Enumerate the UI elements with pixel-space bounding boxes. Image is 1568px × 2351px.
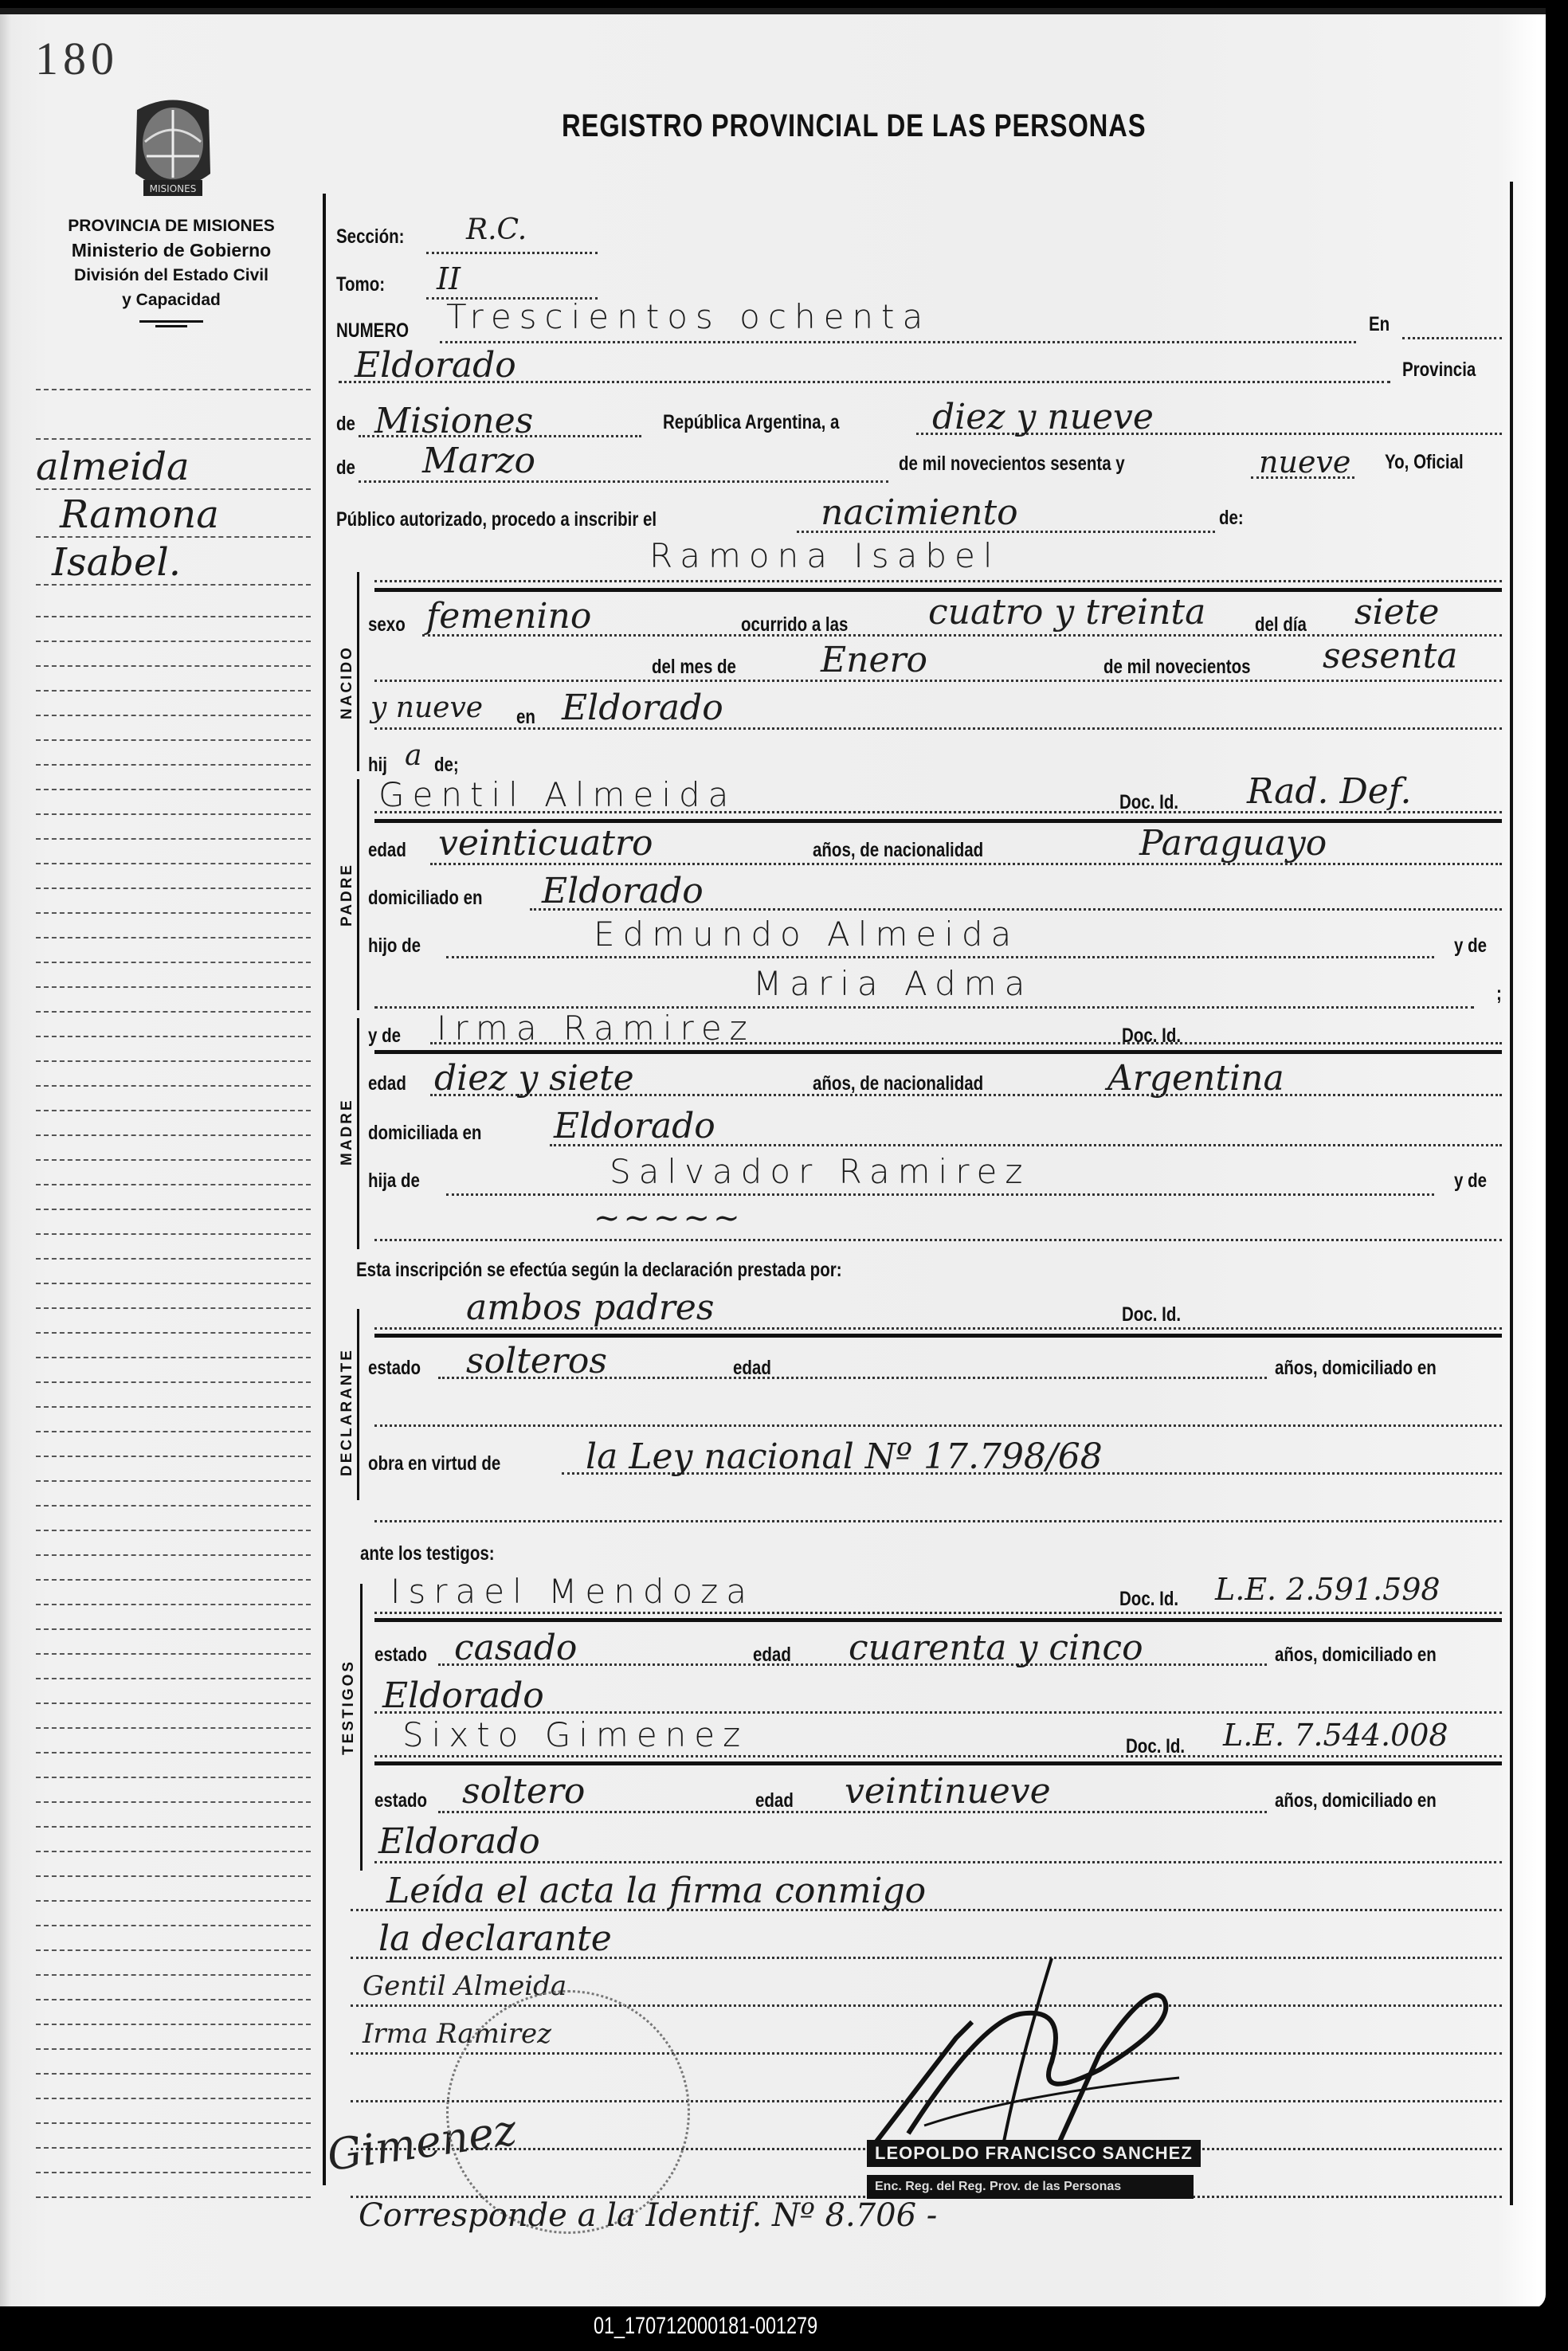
margin-line <box>36 1110 311 1111</box>
margin-line <box>36 888 311 889</box>
padre-padre-nombre: Edmundo Almeida <box>594 915 1019 954</box>
margin-line <box>36 1036 311 1037</box>
nacido-nombre: Ramona Isabel <box>649 536 1001 575</box>
margin-line <box>36 1875 311 1877</box>
madre-nac-label: años, de nacionalidad <box>813 1072 983 1095</box>
hora-value: cuatro y treinta <box>928 592 1205 633</box>
de-label: de <box>336 456 355 480</box>
margin-line <box>36 1678 311 1679</box>
margin-line <box>36 690 311 692</box>
section-rule <box>374 1050 1502 1054</box>
margin-middle-name: Isabel. <box>52 540 181 585</box>
margin-line <box>36 2122 311 2124</box>
registration-year: nueve <box>1259 445 1350 480</box>
section-rule <box>374 1761 1502 1765</box>
field-line <box>374 1424 1502 1427</box>
padre-edad-label: edad <box>368 839 406 862</box>
margin-line <box>36 1456 311 1457</box>
de-label: de; <box>434 754 459 777</box>
madre-doc-label: Doc. Id. <box>1122 1025 1181 1048</box>
dia-value: siete <box>1354 592 1439 633</box>
margin-line <box>36 1925 311 1926</box>
margin-line <box>36 438 311 440</box>
margin-line <box>36 1480 311 1482</box>
field-line <box>374 580 1502 582</box>
field-line <box>426 252 598 254</box>
section-rule <box>374 1334 1502 1338</box>
declarante-estado-label: estado <box>368 1357 421 1380</box>
margin-line <box>36 1628 311 1630</box>
semicolon: ; <box>1496 982 1502 1005</box>
margin-line <box>36 1727 311 1729</box>
margin-line <box>36 641 311 642</box>
hij-suffix: a <box>405 739 421 772</box>
svg-text:MISIONES: MISIONES <box>150 183 197 194</box>
mes-value: Enero <box>821 640 927 680</box>
margin-line <box>36 2196 311 2198</box>
provincia-label: Provincia <box>1402 359 1476 382</box>
madre-padre-nombre: Salvador Ramirez <box>610 1152 1030 1191</box>
document-title: REGISTRO PROVINCIAL DE LAS PERSONAS <box>562 108 1146 144</box>
madre-nacionalidad: Argentina <box>1107 1058 1284 1099</box>
margin-line <box>36 1381 311 1383</box>
margin-line <box>36 2048 311 2050</box>
testigos-intro: ante los testigos: <box>360 1542 495 1565</box>
testigos-bracket <box>360 1584 363 1871</box>
margin-line <box>36 1134 311 1136</box>
testigo1-domicilio: Eldorado <box>382 1675 544 1716</box>
testigo2-nombre: Sixto Gimenez <box>402 1715 748 1754</box>
field-line <box>374 1612 1502 1614</box>
margin-line <box>36 1159 311 1161</box>
margin-line <box>36 1233 311 1235</box>
testigo1-dom-label: años, domiciliado en <box>1275 1644 1437 1667</box>
anio-nac-label: de mil novecientos <box>1103 656 1251 679</box>
margin-first-name: Ramona <box>60 492 219 537</box>
field-line <box>374 1861 1502 1863</box>
de-colon-label: de: <box>1219 507 1244 530</box>
padre-domicilio: Eldorado <box>542 871 704 911</box>
madre-yde2-label: y de <box>1454 1170 1487 1193</box>
field-line <box>374 727 1502 730</box>
officer-signature-icon <box>860 1942 1339 2149</box>
margin-line <box>36 1258 311 1260</box>
section-label-declarante: DECLARANTE <box>339 1348 356 1476</box>
margin-line <box>36 1011 311 1013</box>
testigo1-doc-label: Doc. Id. <box>1119 1588 1178 1611</box>
field-line <box>1402 337 1502 339</box>
obra-label: obra en virtud de <box>368 1452 500 1475</box>
agency-division: División del Estado Civil <box>16 263 327 288</box>
margin-line <box>36 616 311 617</box>
declarante-intro: Esta inscripción se efectúa según la dec… <box>356 1259 842 1282</box>
registration-day: diez y nueve <box>932 397 1154 437</box>
field-line <box>446 956 1434 958</box>
padre-nombre: Gentil Almeida <box>378 775 736 814</box>
cierre-linea2: la declarante <box>378 1918 612 1959</box>
declarante-dom-label: años, domiciliado en <box>1275 1357 1437 1380</box>
margin-line <box>36 1974 311 1976</box>
declarante-nombre: ambos padres <box>466 1287 714 1328</box>
anio-label: de mil novecientos sesenta y <box>899 453 1125 476</box>
margin-line <box>36 665 311 667</box>
field-line <box>374 1239 1502 1241</box>
margin-line <box>36 962 311 963</box>
numero-label: NUMERO <box>336 319 409 343</box>
padre-yde-label: y de <box>1454 935 1487 958</box>
margin-line <box>36 1752 311 1753</box>
padre-dom-label: domiciliado en <box>368 887 483 910</box>
margin-line <box>36 1826 311 1828</box>
testigo1-edad: cuarenta y cinco <box>849 1628 1143 1668</box>
margin-line <box>36 1085 311 1087</box>
margin-line <box>36 1307 311 1309</box>
tomo-label: Tomo: <box>336 273 385 296</box>
field-line <box>440 341 1356 343</box>
declarante-doc-label: Doc. Id. <box>1122 1303 1181 1326</box>
madre-dom-label: domiciliada en <box>368 1122 481 1145</box>
agency-capacity: y Capacidad <box>16 288 327 312</box>
margin-line <box>36 1060 311 1062</box>
act-type-value: nacimiento <box>821 492 1018 533</box>
section-label-madre: MADRE <box>339 1098 356 1166</box>
numero-value: Trescientos ochenta <box>446 297 931 336</box>
padre-madre-nombre: Maria Adma <box>753 964 1033 1003</box>
padre-nac-label: años, de nacionalidad <box>813 839 983 862</box>
margin-line <box>36 1579 311 1581</box>
testigo2-doc-label: Doc. Id. <box>1126 1735 1185 1758</box>
padre-doc-label: Doc. Id. <box>1119 791 1178 814</box>
madre-madre-nombre: ~~~~~ <box>594 1200 743 1236</box>
oficial-label: Yo, Oficial <box>1385 451 1464 474</box>
margin-line <box>36 1900 311 1902</box>
padre-doc-value: Rad. Def. <box>1247 771 1412 812</box>
officer-stamp-title: Enc. Reg. del Reg. Prov. de las Personas <box>867 2175 1194 2199</box>
margin-line <box>36 1283 311 1284</box>
testigo2-domicilio: Eldorado <box>378 1821 540 1862</box>
agency-province: PROVINCIA DE MISIONES <box>16 214 327 238</box>
hij-label: hij <box>368 754 387 777</box>
sexo-value: femenino <box>426 596 591 637</box>
agency-ministry: Ministerio de Gobierno <box>16 238 327 263</box>
margin-line <box>36 1406 311 1408</box>
image-id: 01_170712000181-001279 <box>594 2313 817 2340</box>
mes-label: del mes de <box>652 656 736 679</box>
madre-yde-label: y de <box>368 1025 401 1048</box>
field-line <box>374 1520 1502 1522</box>
anio-nac-value: sesenta <box>1323 636 1458 676</box>
madre-hija-label: hija de <box>368 1170 420 1193</box>
provincia-value: Misiones <box>374 401 533 441</box>
field-line <box>374 1755 1502 1757</box>
margin-line <box>36 2098 311 2099</box>
margin-line <box>36 986 311 988</box>
registration-month: Marzo <box>422 441 535 481</box>
field-line <box>374 680 1502 682</box>
padre-edad-value: veinticuatro <box>438 823 653 864</box>
madre-bracket <box>357 1018 359 1249</box>
margin-line <box>36 1777 311 1778</box>
cierre-linea1: Leída el acta la firma conmigo <box>386 1871 926 1911</box>
nacido-bracket <box>357 572 359 771</box>
madre-edad-label: edad <box>368 1072 406 1095</box>
margin-line <box>36 389 311 390</box>
margin-line <box>36 1999 311 2000</box>
de-label: de <box>336 413 355 436</box>
testigo2-dom-label: años, domiciliado en <box>1275 1789 1437 1812</box>
section-label-nacido: NACIDO <box>339 645 356 719</box>
agency-block: PROVINCIA DE MISIONES Ministerio de Gobi… <box>16 214 327 327</box>
dia-label: del día <box>1255 613 1307 637</box>
sexo-label: sexo <box>368 613 406 637</box>
margin-line <box>36 1184 311 1185</box>
declarante-estado: solteros <box>466 1341 607 1381</box>
margin-line <box>36 1801 311 1803</box>
right-border <box>1510 182 1513 2205</box>
testigo2-doc: L.E. 7.544.008 <box>1223 1718 1448 1753</box>
margin-line <box>36 1530 311 1531</box>
margin-line <box>36 1949 311 1951</box>
localidad-value: Eldorado <box>355 345 516 386</box>
section-label-padre: PADRE <box>339 863 356 927</box>
testigo2-estado-label: estado <box>374 1789 427 1812</box>
margin-line <box>36 1604 311 1605</box>
testigo2-edad-label: edad <box>755 1789 794 1812</box>
officer-stamp-name: LEOPOLDO FRANCISCO SANCHEZ <box>867 2140 1201 2167</box>
margin-line <box>36 2073 311 2075</box>
margin-line <box>36 789 311 790</box>
margin-line <box>36 1505 311 1507</box>
margin-line <box>36 1332 311 1334</box>
margin-line <box>36 764 311 766</box>
seccion-label: Sección: <box>336 225 404 249</box>
testigo1-estado: casado <box>454 1628 577 1668</box>
obra-value: la Ley nacional Nº 17.798/68 <box>586 1436 1103 1477</box>
margin-line <box>36 937 311 938</box>
madre-nombre: Irma Ramirez <box>437 1009 755 1048</box>
margin-line <box>36 813 311 815</box>
lugar-nacimiento: Eldorado <box>562 688 723 728</box>
margin-line <box>36 838 311 840</box>
margin-line <box>36 2147 311 2149</box>
hora-label: ocurrido a las <box>741 613 848 637</box>
margin-line <box>36 2172 311 2173</box>
divider <box>139 320 203 323</box>
margin-surname: almeida <box>36 445 190 489</box>
margin-line <box>36 912 311 914</box>
testigo2-edad: veintinueve <box>845 1771 1051 1812</box>
section-label-testigos: TESTIGOS <box>340 1659 358 1755</box>
seccion-value: R.C. <box>466 214 527 246</box>
margin-line <box>36 1653 311 1655</box>
testigo1-edad-label: edad <box>753 1644 791 1667</box>
madre-domicilio: Eldorado <box>554 1106 715 1146</box>
margin-line <box>36 1357 311 1358</box>
en-label: en <box>516 706 535 729</box>
left-column-border <box>323 194 326 2185</box>
margin-line <box>36 863 311 864</box>
padre-nacionalidad: Paraguayo <box>1139 823 1327 864</box>
margin-line <box>36 715 311 716</box>
margin-line <box>36 1851 311 1852</box>
field-line <box>446 1193 1434 1196</box>
section-rule <box>374 1618 1502 1622</box>
anio-nac-value-2: y nueve <box>370 692 483 724</box>
margin-line <box>36 1703 311 1704</box>
declarante-edad-label: edad <box>733 1357 771 1380</box>
margin-line <box>36 1554 311 1556</box>
declarante-bracket <box>357 1309 359 1500</box>
margin-line <box>36 739 311 741</box>
margin-line <box>36 1209 311 1210</box>
certificate-page: 180 MISIONES PROVINCIA DE MISIONES Minis… <box>0 8 1546 2309</box>
padre-hijo-label: hijo de <box>368 935 421 958</box>
publico-label: Público autorizado, procedo a inscribir … <box>336 508 657 531</box>
identification-note: Corresponde a la Identif. Nº 8.706 - <box>359 2197 937 2234</box>
misiones-coat-of-arms-icon: MISIONES <box>121 94 225 206</box>
divider <box>155 325 187 327</box>
margin-line <box>36 2024 311 2025</box>
en-label: En <box>1369 313 1390 336</box>
testigo1-estado-label: estado <box>374 1644 427 1667</box>
republica-label: República Argentina, a <box>663 411 839 434</box>
page-number: 180 <box>35 32 119 85</box>
testigo2-estado: soltero <box>462 1771 585 1812</box>
madre-edad-value: diez y siete <box>434 1058 634 1099</box>
testigo1-doc: L.E. 2.591.598 <box>1215 1572 1441 1607</box>
tomo-value: II <box>437 261 461 296</box>
padre-bracket <box>357 779 359 1010</box>
image-caption-bar: 01_170712000181-001279 <box>0 2306 1568 2351</box>
testigo1-nombre: Israel Mendoza <box>390 1572 755 1611</box>
margin-line <box>36 1431 311 1432</box>
